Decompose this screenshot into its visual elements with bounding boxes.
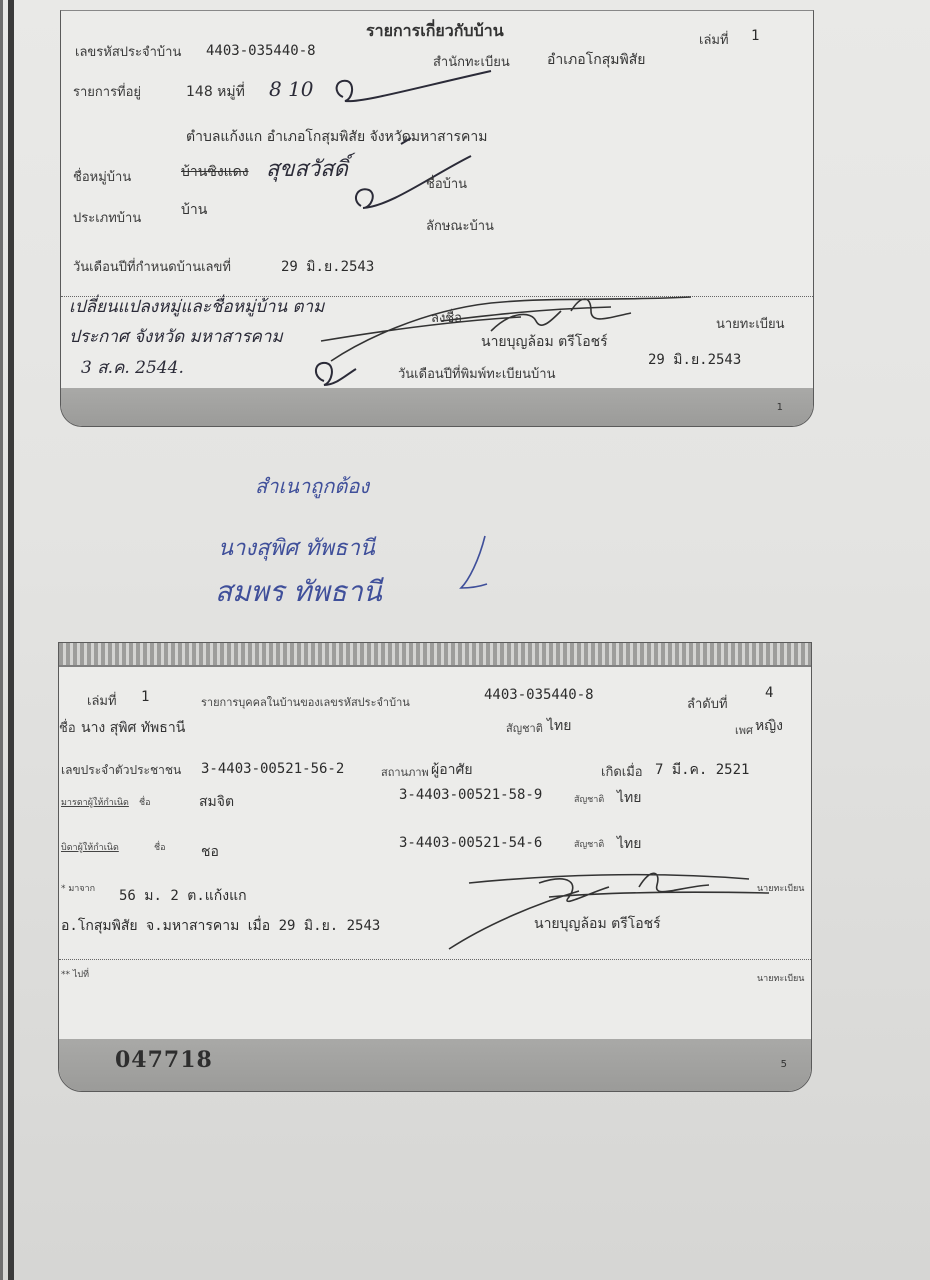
registrar-signature (429, 863, 779, 953)
registrar-name: นายบุญล้อม ตรีโอชร์ (534, 913, 661, 935)
print-date: 29 มิ.ย.2543 (648, 349, 741, 371)
house-info-card: รายการเกี่ยวกับบ้าน เล่มที่ 1 เลขรหัสประ… (60, 10, 814, 427)
moved-to-registrar-title: นายทะเบียน (757, 971, 804, 985)
name-value: นาง สุพิศ ทัพธานี (81, 717, 185, 739)
person-info-card: เล่มที่ 1 รายการบุคคลในบ้านของเลขรหัสประ… (58, 642, 812, 1092)
village-value: บ้านซิงแดง (181, 161, 249, 183)
handwritten-note-line3: 3 ส.ค. 2544. (81, 354, 184, 381)
serial-number: 047718 (115, 1047, 213, 1073)
card-footer-band: 1 (61, 388, 813, 426)
mother-nationality-label: สัญชาติ (574, 792, 604, 806)
father-nationality: ไทย (617, 833, 641, 855)
handwritten-note-line2: ประกาศ จังหวัด มหาสารคาม (69, 323, 283, 350)
birth-label: เกิดเมื่อ (601, 761, 643, 782)
order-label: ลำดับที่ (687, 693, 728, 714)
address-label: รายการที่อยู่ (73, 81, 141, 102)
house-name-label: ชื่อบ้าน (426, 173, 467, 194)
house-code-label: เลขรหัสประจำบ้าน (75, 41, 181, 62)
card-footer-band: 047718 5 (59, 1039, 811, 1091)
assigned-date-label: วันเดือนปีที่กำหนดบ้านเลขที่ (73, 256, 231, 277)
mother-name: สมจิต (199, 791, 234, 813)
moved-from-label: * มาจาก (61, 881, 95, 895)
name-label: ชื่อ (59, 717, 76, 738)
print-date-label: วันเดือนปีที่พิมพ์ทะเบียนบ้าน (398, 363, 556, 384)
certified-copy-note: สำเนาถูกต้อง (255, 470, 369, 502)
birth-value: 7 มี.ค. 2521 (655, 759, 749, 781)
book-label: เล่มที่ (699, 29, 729, 50)
village-label: ชื่อหมู่บ้าน (73, 166, 131, 187)
mother-name-label: ชื่อ (139, 795, 151, 809)
village-handwritten: สุขสวัสดิ์ (266, 151, 348, 186)
handwritten-flourish (455, 530, 495, 610)
father-id: 3-4403-00521-54-6 (399, 835, 542, 851)
father-name: ชอ (201, 841, 219, 863)
registrar-name: นายบุญล้อม ตรีโอชร์ (481, 331, 608, 353)
page-number: 5 (781, 1059, 787, 1070)
house-type-value: บ้าน (181, 199, 207, 221)
mother-label: มารดาผู้ให้กำเนิด (61, 795, 129, 809)
page-number: 1 (777, 402, 783, 413)
mother-id: 3-4403-00521-58-9 (399, 787, 542, 803)
registrar-title: นายทะเบียน (716, 313, 785, 334)
book-label: เล่มที่ (87, 690, 117, 711)
sex: หญิง (755, 715, 783, 737)
perforated-edge (59, 643, 811, 667)
nationality-label: สัญชาติ (506, 719, 543, 737)
address-line1: 148 หมู่ที่ (186, 81, 245, 103)
id-value: 3-4403-00521-56-2 (201, 761, 344, 777)
status-label: สถานภาพ (381, 763, 429, 781)
handwritten-name-2: สมพร ทัพธานี (215, 570, 382, 614)
house-code: 4403-035440-8 (484, 687, 594, 703)
registrar-office: อำเภอโกสุมพิสัย (547, 49, 645, 71)
ink-mark-scribble (331, 51, 501, 111)
handwritten-name-1: นางสุพิศ ทัพธานี (218, 530, 375, 565)
page-edge (0, 0, 3, 1280)
person-card-title: รายการบุคคลในบ้านของเลขรหัสประจำบ้าน (201, 693, 410, 711)
sex-label: เพศ (735, 721, 753, 739)
id-label: เลขประจำตัวประชาชน (61, 761, 181, 780)
mother-nationality: ไทย (617, 787, 641, 809)
moved-from-line2: อ.โกสุมพิสัย จ.มหาสารคาม เมื่อ 29 มิ.ย. … (61, 915, 380, 937)
father-name-label: ชื่อ (154, 840, 166, 854)
card-title: รายการเกี่ยวกับบ้าน (366, 19, 504, 44)
book-no: 1 (751, 28, 759, 44)
house-type-label: ประเภทบ้าน (73, 207, 141, 228)
nationality: ไทย (547, 715, 571, 737)
house-code: 4403-035440-8 (206, 43, 316, 59)
divider (59, 959, 811, 960)
ink-loop-mark (306, 351, 366, 391)
address-moo-handwritten: 8 10 (269, 77, 314, 101)
father-label: บิดาผู้ให้กำเนิด (61, 840, 119, 854)
house-character-label: ลักษณะบ้าน (426, 215, 494, 236)
moved-from-line1: 56 ม. 2 ต.แก้งแก (119, 885, 247, 907)
assigned-date: 29 มิ.ย.2543 (281, 256, 374, 278)
book-no: 1 (141, 689, 149, 705)
father-nationality-label: สัญชาติ (574, 837, 604, 851)
registrar-title: นายทะเบียน (757, 881, 804, 895)
binder-edge (8, 0, 14, 1280)
status-value: ผู้อาศัย (431, 759, 473, 781)
moved-to-label: ** ไปที่ (61, 967, 89, 981)
handwritten-note-line1: เปลี่ยนแปลงหมู่และชื่อหมู่บ้าน ตาม (69, 293, 324, 320)
order-no: 4 (765, 685, 773, 701)
